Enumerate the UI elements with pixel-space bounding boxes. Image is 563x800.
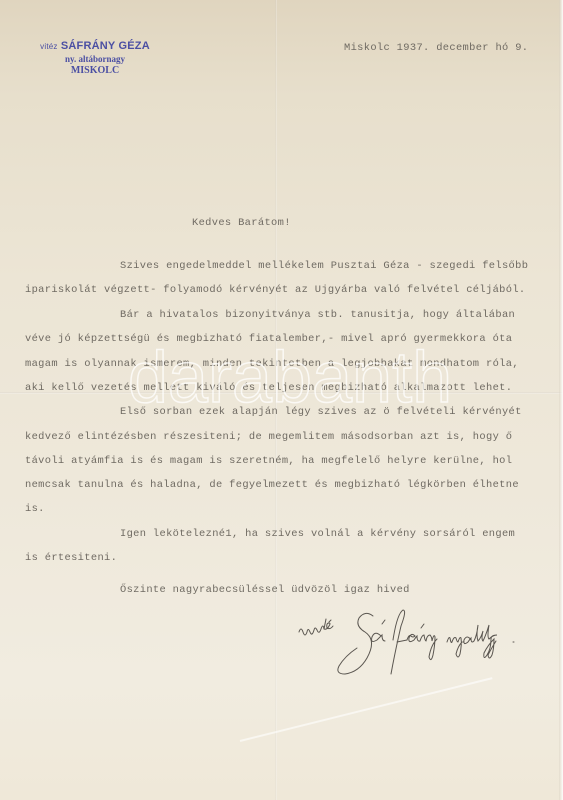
stamp-name-line: vitéz SÁFRÁNY GÉZA — [20, 40, 170, 53]
body-line-4: véve jó képzettségü és megbizható fiatal… — [25, 333, 512, 345]
body-line-7: Első sorban ezek alapján légy szives az … — [120, 406, 522, 418]
body-line-5: magam is olyannak ismerem, minden tekint… — [25, 358, 519, 370]
date-line: Miskolc 1937. december hó 9. — [344, 42, 528, 54]
body-line-1: Szives engedelmeddel mellékelem Pusztai … — [120, 260, 528, 272]
body-line-2: ipariskolát végzett- folyamodó kérvényét… — [25, 284, 526, 296]
body-line-12: Igen lekötelezné1, ha szives volnál a ké… — [120, 528, 515, 540]
closing-line: Őszinte nagyrabecsüléssel üdvözöl igaz h… — [120, 584, 410, 596]
body-line-6: aki kellő vezetés mellett kiváló és telj… — [25, 382, 512, 394]
stamp-name: SÁFRÁNY GÉZA — [61, 40, 150, 52]
body-line-11: is. — [25, 503, 45, 515]
paper-fold-vertical — [275, 0, 277, 800]
letterhead-stamp: vitéz SÁFRÁNY GÉZA ny. altábornagy MISKO… — [20, 40, 170, 77]
stamp-prefix: vitéz — [40, 42, 57, 51]
stamp-city: MISKOLC — [20, 65, 170, 77]
body-line-9: távoli atyámfia is és magam is szeretném… — [25, 455, 512, 467]
body-line-10: nemcsak tanulna és haladna, de fegyelmez… — [25, 479, 519, 491]
body-line-3: Bár a hivatalos bizonyitványa stb. tanus… — [120, 309, 515, 321]
stamp-rank: ny. altábornagy — [20, 53, 170, 65]
body-line-8: kedvező elintézésben részesiteni; de meg… — [25, 431, 512, 443]
handwritten-signature — [295, 608, 560, 688]
letter-page: vitéz SÁFRÁNY GÉZA ny. altábornagy MISKO… — [0, 0, 563, 800]
salutation: Kedves Barátom! — [192, 217, 291, 229]
body-line-13: is értesiteni. — [25, 552, 117, 564]
